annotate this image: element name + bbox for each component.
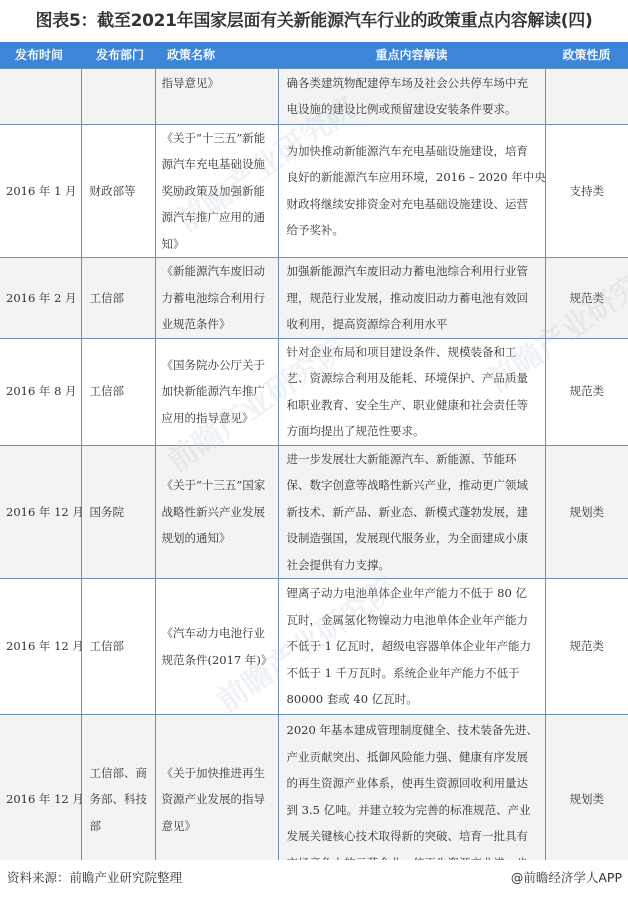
cell-date: 2016 年 12 月 [0,715,81,861]
cell-text-line: 《新能源汽车废旧动 [162,258,274,285]
cell-text-line: 80000 套或 40 亿瓦时。 [287,686,537,713]
cell-text-line: 工信部、商 [90,760,149,787]
cell-policy-name: 指导意见》 [155,68,278,124]
cell-text-line: 理，规范行业发展，推动废旧动力蓄电池有效回 [287,285,537,312]
cell-text-line: 发展关键核心技术取得新的突破、培育一批具有 [287,823,537,850]
cell-policy-name: 《关于“十三五”新能源汽车充电基础设施奖励政策及加强新能源汽车推广应用的通知》 [155,124,278,258]
cell-text-line: 进一步发展壮大新能源汽车、新能源、节能环 [287,446,537,473]
cell-content: 2020 年基本建成管理制度健全、技术装备先进、产业贡献突出、抵御风险能力强、健… [278,715,545,861]
table-header-row: 发布时间 发布部门 政策名称 重点内容解读 政策性质 [0,42,628,68]
cell-content: 为加快推动新能源汽车充电基础设施建设，培育良好的新能源汽车应用环境，2016 –… [278,124,545,258]
cell-text-line: 方面均提出了规范性要求。 [287,418,537,445]
cell-text-line: 财政部等 [90,178,149,205]
cell-text-line: 收利用，提高资源综合利用水平 [287,311,537,338]
cell-text-line: 战略性新兴产业发展 [162,499,274,526]
cell-text-line: 加强新能源汽车废旧动力蓄电池综合利用行业管 [287,258,537,285]
table-row: 2016 年 2 月工信部《新能源汽车废旧动力蓄电池综合利用行业规范条件》加强新… [0,258,628,339]
cell-text-line: 2020 年基本建成管理制度健全、技术装备先进、 [287,717,537,744]
cell-text-line: 规划的通知》 [162,525,274,552]
cell-text-line: 《汽车动力电池行业 [162,620,274,647]
cell-department: 工信部 [81,579,155,715]
cell-text-line: 针对企业布局和项目建设条件、规模装备和工 [287,339,537,366]
cell-text-line: 《关于“十三五”国家 [162,472,274,499]
cell-policy-name: 《国务院办公厅关于加快新能源汽车推广应用的指导意见》 [155,338,278,445]
cell-text-line: 新技术、新产品、新业态、新模式蓬勃发展，建 [287,499,537,526]
cell-text-line: 应用的指导意见》 [162,405,274,432]
policy-table: 发布时间 发布部门 政策名称 重点内容解读 政策性质 指导意见》确各类建筑物配建… [0,42,628,860]
cell-date: 2016 年 12 月 [0,579,81,715]
cell-text-line: 业规范条件》 [162,311,274,338]
cell-nature: 支持类 [545,124,628,258]
cell-department [81,68,155,124]
cell-content: 确各类建筑物配建停车场及社会公共停车场中充电设施的建设比例或预留建设安装条件要求… [278,68,545,124]
cell-text-line: 《关于加快推进再生 [162,760,274,787]
header-date: 发布时间 [0,42,81,68]
cell-nature: 规范类 [545,258,628,339]
cell-policy-name: 《关于加快推进再生资源产业发展的指导意见》 [155,715,278,861]
cell-text-line: 社会提供有力支撑。 [287,552,537,579]
cell-text-line: 财政将继续安排资金对充电基础设施建设、运营 [287,191,537,218]
cell-text-line: 艺、资源综合利用及能耗、环境保护、产品质量 [287,365,537,392]
cell-text-line: 和职业教育、安全生产、职业健康和社会责任等 [287,392,537,419]
cell-text-line: 电设施的建设比例或预留建设安装条件要求。 [287,96,537,123]
cell-department: 工信部 [81,338,155,445]
cell-policy-name: 《新能源汽车废旧动力蓄电池综合利用行业规范条件》 [155,258,278,339]
cell-department: 工信部 [81,258,155,339]
cell-nature: 规范类 [545,579,628,715]
table-row: 2016 年 1 月财政部等《关于“十三五”新能源汽车充电基础设施奖励政策及加强… [0,124,628,258]
cell-text-line: 意见》 [162,813,274,840]
cell-nature: 规划类 [545,715,628,861]
cell-text-line: 指导意见》 [162,70,274,97]
cell-department: 国务院 [81,445,155,579]
cell-text-line: 工信部 [90,633,149,660]
cell-text-line: 务部、科技 [90,786,149,813]
table-row: 2016 年 8 月工信部《国务院办公厅关于加快新能源汽车推广应用的指导意见》针… [0,338,628,445]
cell-text-line: 规范条件(2017 年)》 [162,647,274,674]
cell-date: 2016 年 12 月 [0,445,81,579]
cell-text-line: 锂离子动力电池单体企业年产能力不低于 80 亿 [287,580,537,607]
table-row: 2016 年 12 月工信部、商务部、科技部《关于加快推进再生资源产业发展的指导… [0,715,628,861]
cell-nature: 规范类 [545,338,628,445]
policy-table-container: 发布时间 发布部门 政策名称 重点内容解读 政策性质 指导意见》确各类建筑物配建… [0,42,628,860]
source-note: 资料来源：前瞻产业研究院整理 [7,868,182,886]
cell-text-line: 源汽车充电基础设施 [162,151,274,178]
cell-text-line: 奖励政策及加强新能 [162,178,274,205]
cell-text-line: 工信部 [90,285,149,312]
cell-text-line: 保、数字创意等战略性新兴产业，推动更广领域 [287,472,537,499]
table-row: 指导意见》确各类建筑物配建停车场及社会公共停车场中充电设施的建设比例或预留建设安… [0,68,628,124]
cell-text-line: 知》 [162,231,274,258]
cell-text-line: 《国务院办公厅关于 [162,352,274,379]
cell-text-line: 不低于 1 亿瓦时，超级电容器单体企业年产能力 [287,633,537,660]
cell-text-line: 确各类建筑物配建停车场及社会公共停车场中充 [287,70,537,97]
cell-content: 进一步发展壮大新能源汽车、新能源、节能环保、数字创意等战略性新兴产业，推动更广领… [278,445,545,579]
cell-text-line: 为加快推动新能源汽车充电基础设施建设，培育 [287,138,537,165]
cell-text-line: 源汽车推广应用的通 [162,204,274,231]
cell-policy-name: 《关于“十三五”国家战略性新兴产业发展规划的通知》 [155,445,278,579]
cell-date: 2016 年 8 月 [0,338,81,445]
table-row: 2016 年 12 月工信部《汽车动力电池行业规范条件(2017 年)》锂离子动… [0,579,628,715]
cell-content: 锂离子动力电池单体企业年产能力不低于 80 亿瓦时，金属氢化物镍动力电池单体企业… [278,579,545,715]
header-dept: 发布部门 [81,42,155,68]
cell-text-line: 产业贡献突出、抵御风险能力强、健康有序发展 [287,744,537,771]
cell-text-line: 市场竞争力的示范企业，使再生资源产业进一步 [287,850,537,861]
cell-content: 加强新能源汽车废旧动力蓄电池综合利用行业管理，规范行业发展，推动废旧动力蓄电池有… [278,258,545,339]
cell-text-line: 部 [90,813,149,840]
cell-text-line: 设制造强国，发展现代服务业，为全面建成小康 [287,525,537,552]
cell-text-line: 资源产业发展的指导 [162,786,274,813]
table-row: 2016 年 12 月国务院《关于“十三五”国家战略性新兴产业发展规划的通知》进… [0,445,628,579]
figure-title: 图表5：截至2021年国家层面有关新能源汽车行业的政策重点内容解读(四) [0,6,628,36]
cell-content: 针对企业布局和项目建设条件、规模装备和工艺、资源综合利用及能耗、环境保护、产品质… [278,338,545,445]
cell-text-line: 的再生资源产业体系，使再生资源回收利用量达 [287,770,537,797]
cell-text-line: 力蓄电池综合利用行 [162,285,274,312]
cell-text-line: 工信部 [90,378,149,405]
cell-text-line: 《关于“十三五”新能 [162,125,274,152]
cell-date: 2016 年 1 月 [0,124,81,258]
cell-department: 工信部、商务部、科技部 [81,715,155,861]
cell-text-line: 到 3.5 亿吨。并建立较为完善的标准规范、产业 [287,797,537,824]
credit-note: @前瞻经济学人APP [511,868,622,886]
cell-date: 2016 年 2 月 [0,258,81,339]
cell-policy-name: 《汽车动力电池行业规范条件(2017 年)》 [155,579,278,715]
cell-text-line: 加快新能源汽车推广 [162,378,274,405]
cell-text-line: 国务院 [90,499,149,526]
cell-nature [545,68,628,124]
cell-text-line: 良好的新能源汽车应用环境，2016 – 2020 年中央 [287,164,537,191]
cell-date [0,68,81,124]
header-policy-name: 政策名称 [155,42,278,68]
cell-text-line: 给予奖补。 [287,217,537,244]
cell-nature: 规划类 [545,445,628,579]
cell-text-line: 瓦时，金属氢化物镍动力电池单体企业年产能力 [287,607,537,634]
header-nature: 政策性质 [545,42,628,68]
header-content: 重点内容解读 [278,42,545,68]
cell-text-line: 不低于 1 千万瓦时。系统企业年产能力不低于 [287,660,537,687]
cell-department: 财政部等 [81,124,155,258]
